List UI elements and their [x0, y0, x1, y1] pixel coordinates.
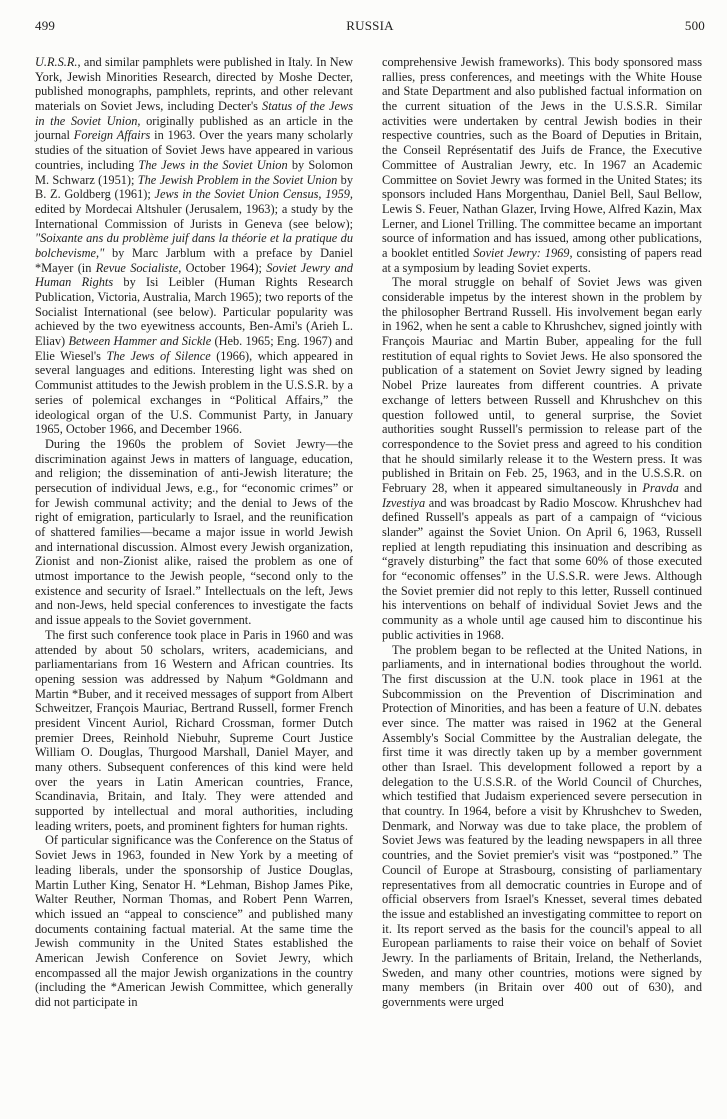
italic-title: Foreign Affairs	[74, 128, 151, 142]
italic-title: Soviet Jewry: 1969,	[473, 246, 572, 260]
paragraph: comprehensive Jewish frameworks). This b…	[382, 55, 702, 275]
page-number-right: 500	[685, 18, 705, 34]
right-column: comprehensive Jewish frameworks). This b…	[382, 55, 702, 1010]
running-title: RUSSIA	[35, 18, 705, 34]
text-run: comprehensive Jewish frameworks). This b…	[382, 55, 702, 260]
text-run: During the 1960s the problem of Soviet J…	[35, 437, 353, 627]
text-run: Of particular significance was the Confe…	[35, 833, 353, 1009]
italic-title: U.R.S.R.	[35, 55, 78, 69]
text-run: October 1964);	[181, 261, 266, 275]
running-header: 499 RUSSIA 500	[35, 18, 705, 36]
paragraph: The first such conference took place in …	[35, 628, 353, 834]
italic-title: The Jews of Silence	[106, 349, 210, 363]
italic-title: The Jews in the Soviet Union	[138, 158, 287, 172]
italic-title: The Jewish Problem in the Soviet Union	[138, 173, 338, 187]
text-run: The problem began to be reflected at the…	[382, 643, 702, 1010]
italic-title: Izvestiya	[382, 496, 425, 510]
italic-title: Between Hammer and Sickle	[68, 334, 211, 348]
paragraph: During the 1960s the problem of Soviet J…	[35, 437, 353, 628]
text-run: and was broadcast by Radio Moscow. Khrus…	[382, 496, 702, 642]
italic-title: Pravda	[642, 481, 678, 495]
text-run: The first such conference took place in …	[35, 628, 353, 833]
text-run: edited by Mordecai Altshuler (Jerusalem,…	[35, 202, 353, 231]
text-run: The moral struggle on behalf of Soviet J…	[382, 275, 702, 495]
paragraph: Of particular significance was the Confe…	[35, 833, 353, 1009]
paragraph: The problem began to be reflected at the…	[382, 643, 702, 1010]
paragraph: The moral struggle on behalf of Soviet J…	[382, 275, 702, 642]
text-run: and	[679, 481, 702, 495]
italic-title: Revue Socialiste,	[96, 261, 182, 275]
paragraph: U.R.S.R., and similar pamphlets were pub…	[35, 55, 353, 437]
italic-title: Jews in the Soviet Union Census, 1959,	[155, 187, 353, 201]
left-column: U.R.S.R., and similar pamphlets were pub…	[35, 55, 353, 1010]
